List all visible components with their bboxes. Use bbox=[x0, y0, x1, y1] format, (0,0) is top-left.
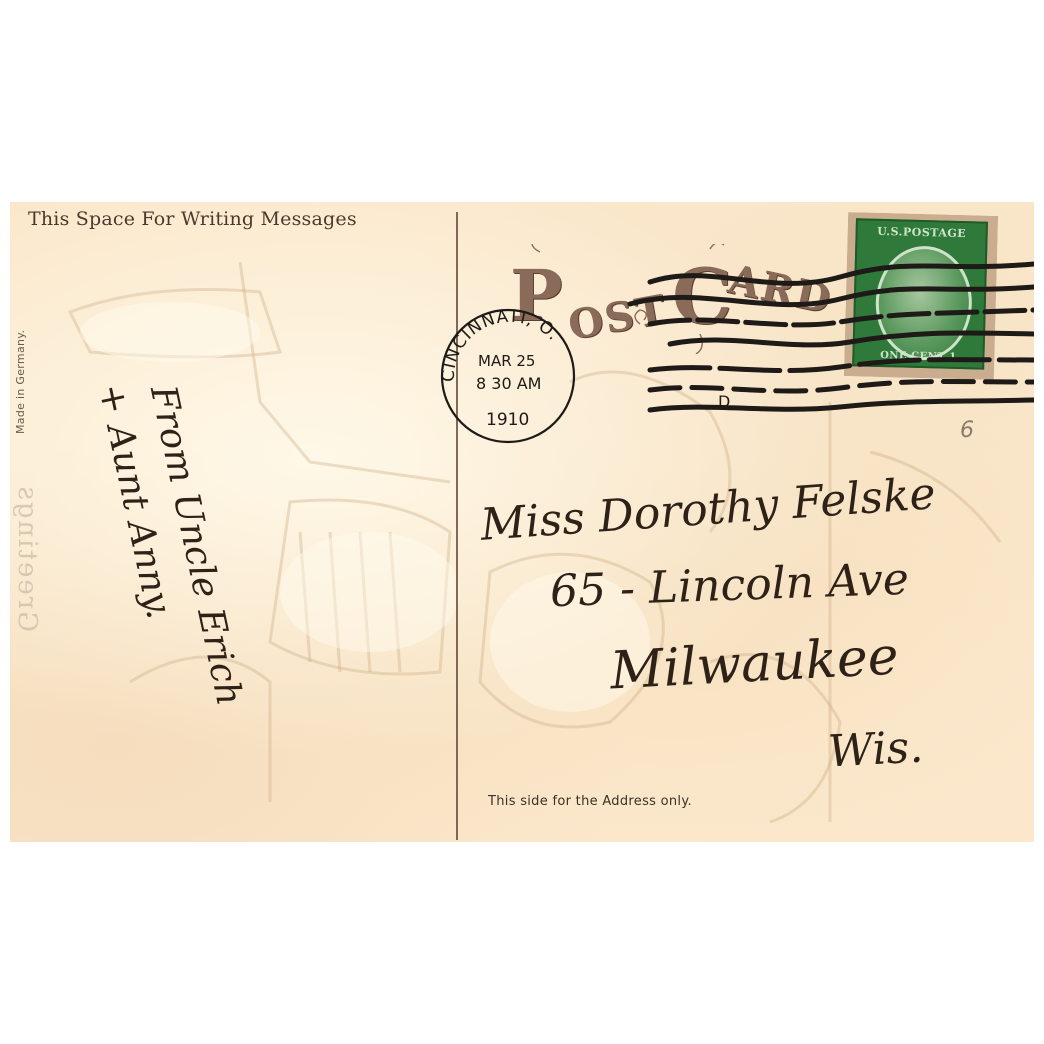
pencil-mark: 6 bbox=[960, 418, 974, 443]
made-in-germany-label: Made in Germany. bbox=[14, 264, 27, 434]
postmark-city: CINCINNATI, O. bbox=[439, 307, 564, 383]
message-side-heading: This Space For Writing Messages bbox=[28, 208, 357, 230]
address-line-street: 65 - Lincoln Ave bbox=[549, 554, 909, 617]
franklin-portrait-icon bbox=[874, 245, 973, 361]
stamp-top-text: U.S.POSTAGE bbox=[858, 224, 986, 240]
address-side-note: This side for the Address only. bbox=[488, 794, 692, 809]
postmark-time: 8 30 AM bbox=[476, 374, 541, 393]
svg-text:CINCINNATI, O.: CINCINNATI, O. bbox=[439, 307, 564, 383]
postmark-date: MAR 25 bbox=[478, 352, 535, 370]
postmark-year: 1910 bbox=[486, 410, 529, 430]
postage-stamp: U.S.POSTAGE ONE CENT 1 bbox=[844, 212, 998, 380]
cancel-letter: D bbox=[718, 392, 730, 411]
cincinnati-postmark: CINCINNATI, O. MAR 25 8 30 AM 1910 bbox=[434, 302, 582, 450]
stamp-bottom-text: ONE CENT 1 bbox=[854, 349, 982, 363]
address-line-city: Milwaukee bbox=[609, 626, 900, 701]
address-line-state: Wis. bbox=[827, 722, 925, 778]
address-line-name: Miss Dorothy Felske bbox=[479, 468, 937, 551]
postcard-back: This Space For Writing Messages Made in … bbox=[10, 202, 1034, 842]
embossed-greeting: Greetings bbox=[12, 412, 42, 632]
